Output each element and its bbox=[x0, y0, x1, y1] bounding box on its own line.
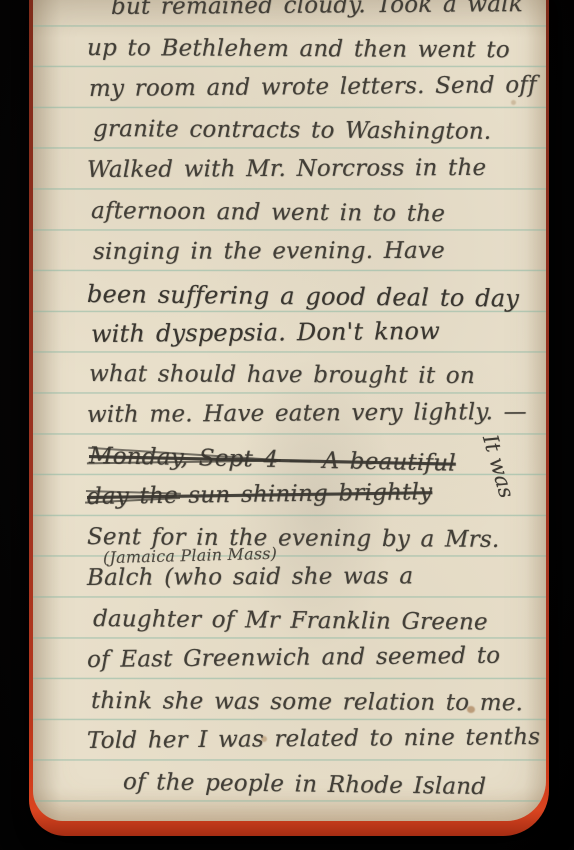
handwriting-line: Balch (who said she was a bbox=[87, 565, 413, 590]
text-segment: my room and wrote letters. Send off bbox=[89, 72, 537, 102]
text-segment: Walked with Mr. Norcross in the bbox=[87, 155, 486, 183]
text-segment: Told her I was related to nine tenths bbox=[87, 724, 540, 754]
text-segment: singing in the evening. Have bbox=[93, 238, 445, 265]
handwriting-line: but remained cloudy. Took a walk bbox=[111, 0, 523, 19]
handwriting-line: of East Greenwich and seemed to bbox=[87, 644, 501, 671]
handwriting-line: with dyspepsia. Don't know bbox=[91, 319, 440, 346]
handwriting-line: daughter of Mr Franklin Greene bbox=[93, 608, 488, 634]
handwriting-line: Told her I was related to nine tenths bbox=[87, 726, 540, 753]
text-segment: of the people in Rhode Island bbox=[123, 769, 487, 800]
text-segment: with dyspepsia. Don't know bbox=[91, 317, 440, 348]
handwriting-line: granite contracts to Washington. bbox=[93, 118, 492, 144]
text-segment: but remained cloudy. Took a walk bbox=[111, 0, 523, 20]
text-segment: with me. Have eaten very lightly. — bbox=[87, 399, 527, 428]
struck-segment: sun shining brightly bbox=[178, 479, 433, 509]
handwriting-line: think she was some relation to me. bbox=[91, 690, 523, 715]
text-segment: think she was some relation to me. bbox=[91, 688, 523, 716]
struck-segment: — A beautiful bbox=[278, 447, 456, 477]
text-segment: of East Greenwich and seemed to bbox=[87, 642, 501, 672]
handwriting-line: up to Bethlehem and then went to bbox=[87, 37, 510, 62]
text-segment: daughter of Mr Franklin Greene bbox=[93, 606, 488, 635]
text-segment: what should have brought it on bbox=[89, 361, 475, 389]
text-segment: up to Bethlehem and then went to bbox=[87, 35, 510, 63]
writing-layer: of the people in Rhode IslandTold her I … bbox=[33, 0, 546, 821]
handwriting-line: what should have brought it on bbox=[89, 363, 475, 388]
notebook-page-red-edges: of the people in Rhode IslandTold her I … bbox=[29, 0, 549, 836]
handwriting-line: afternoon and went in to the bbox=[91, 200, 445, 226]
text-segment: afternoon and went in to the bbox=[91, 198, 445, 227]
handwriting-line: day the sun shining brightly bbox=[87, 481, 433, 509]
handwriting-line: of the people in Rhode Island bbox=[123, 771, 487, 799]
scribble-segment: Monday, Sept 4 bbox=[89, 443, 279, 473]
handwriting-line: been suffering a good deal to day bbox=[87, 282, 519, 311]
text-segment: been suffering a good deal to day bbox=[87, 280, 519, 313]
diary-paper: of the people in Rhode IslandTold her I … bbox=[33, 0, 546, 821]
handwriting-line: Walked with Mr. Norcross in the bbox=[87, 157, 486, 182]
handwriting-line: with me. Have eaten very lightly. — bbox=[87, 401, 527, 427]
handwriting-line: singing in the evening. Have bbox=[93, 240, 445, 264]
photo-background: of the people in Rhode IslandTold her I … bbox=[0, 0, 574, 850]
handwriting-line: my room and wrote letters. Send off bbox=[89, 74, 537, 101]
margin-note: It was bbox=[478, 432, 519, 501]
handwriting-line: Monday, Sept 4 — A beautiful bbox=[89, 445, 456, 476]
text-segment: granite contracts to Washington. bbox=[93, 116, 492, 145]
scribble-segment: day the bbox=[87, 482, 178, 509]
text-segment: Balch (who said she was a bbox=[87, 563, 413, 591]
